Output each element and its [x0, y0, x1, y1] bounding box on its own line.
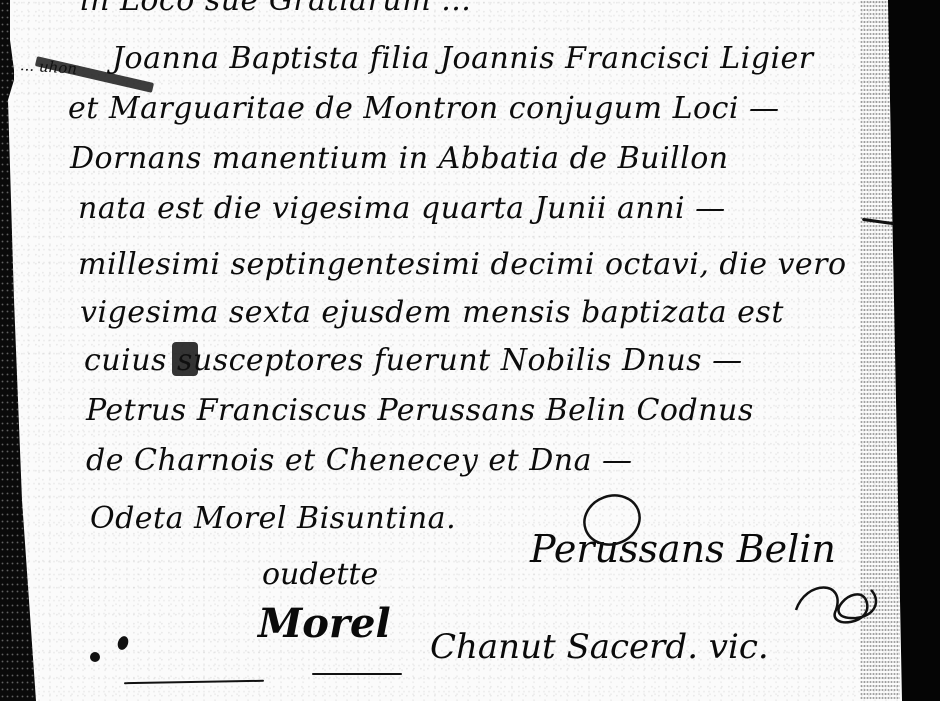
signature-flourish-loop-icon: [560, 485, 660, 560]
text-line-0: in Loco sue Gratiarum ...: [80, 0, 471, 16]
text-line-3: Dornans manentium in Abbatia de Buillon: [70, 144, 729, 174]
text-line-6: vigesima sexta ejusdem mensis baptizata …: [80, 298, 784, 328]
signature-godmother-last: Morel: [258, 604, 391, 644]
text-line-9: de Charnois et Chenecey et Dna —: [86, 446, 633, 476]
ink-dot: [116, 635, 130, 652]
text-line-8: Petrus Franciscus Perussans Belin Codnus: [86, 396, 754, 426]
signature-underline-right: [312, 673, 402, 675]
manuscript-page: ... uhon in Loco sue Gratiarum ... Joann…: [0, 0, 940, 701]
monogram-blot-icon: [172, 342, 198, 376]
text-line-10: Odeta Morel Bisuntina.: [90, 504, 456, 534]
signature-priest: Chanut Sacerd. vic.: [430, 630, 769, 664]
signature-paraph-icon: [786, 570, 886, 630]
ink-dot: [90, 652, 100, 662]
signature-godmother-first: oudette: [262, 560, 378, 590]
signature-underline-left: [124, 680, 264, 684]
text-line-4: nata est die vigesima quarta Junii anni …: [78, 194, 726, 224]
text-line-2: et Marguaritae de Montron conjugum Loci …: [68, 94, 780, 124]
text-line-5: millesimi septingentesimi decimi octavi,…: [78, 250, 847, 280]
left-binding-speckle: [0, 0, 36, 701]
text-line-1: Joanna Baptista filia Joannis Francisci …: [112, 44, 814, 74]
margin-note: ... uhon: [19, 56, 77, 78]
